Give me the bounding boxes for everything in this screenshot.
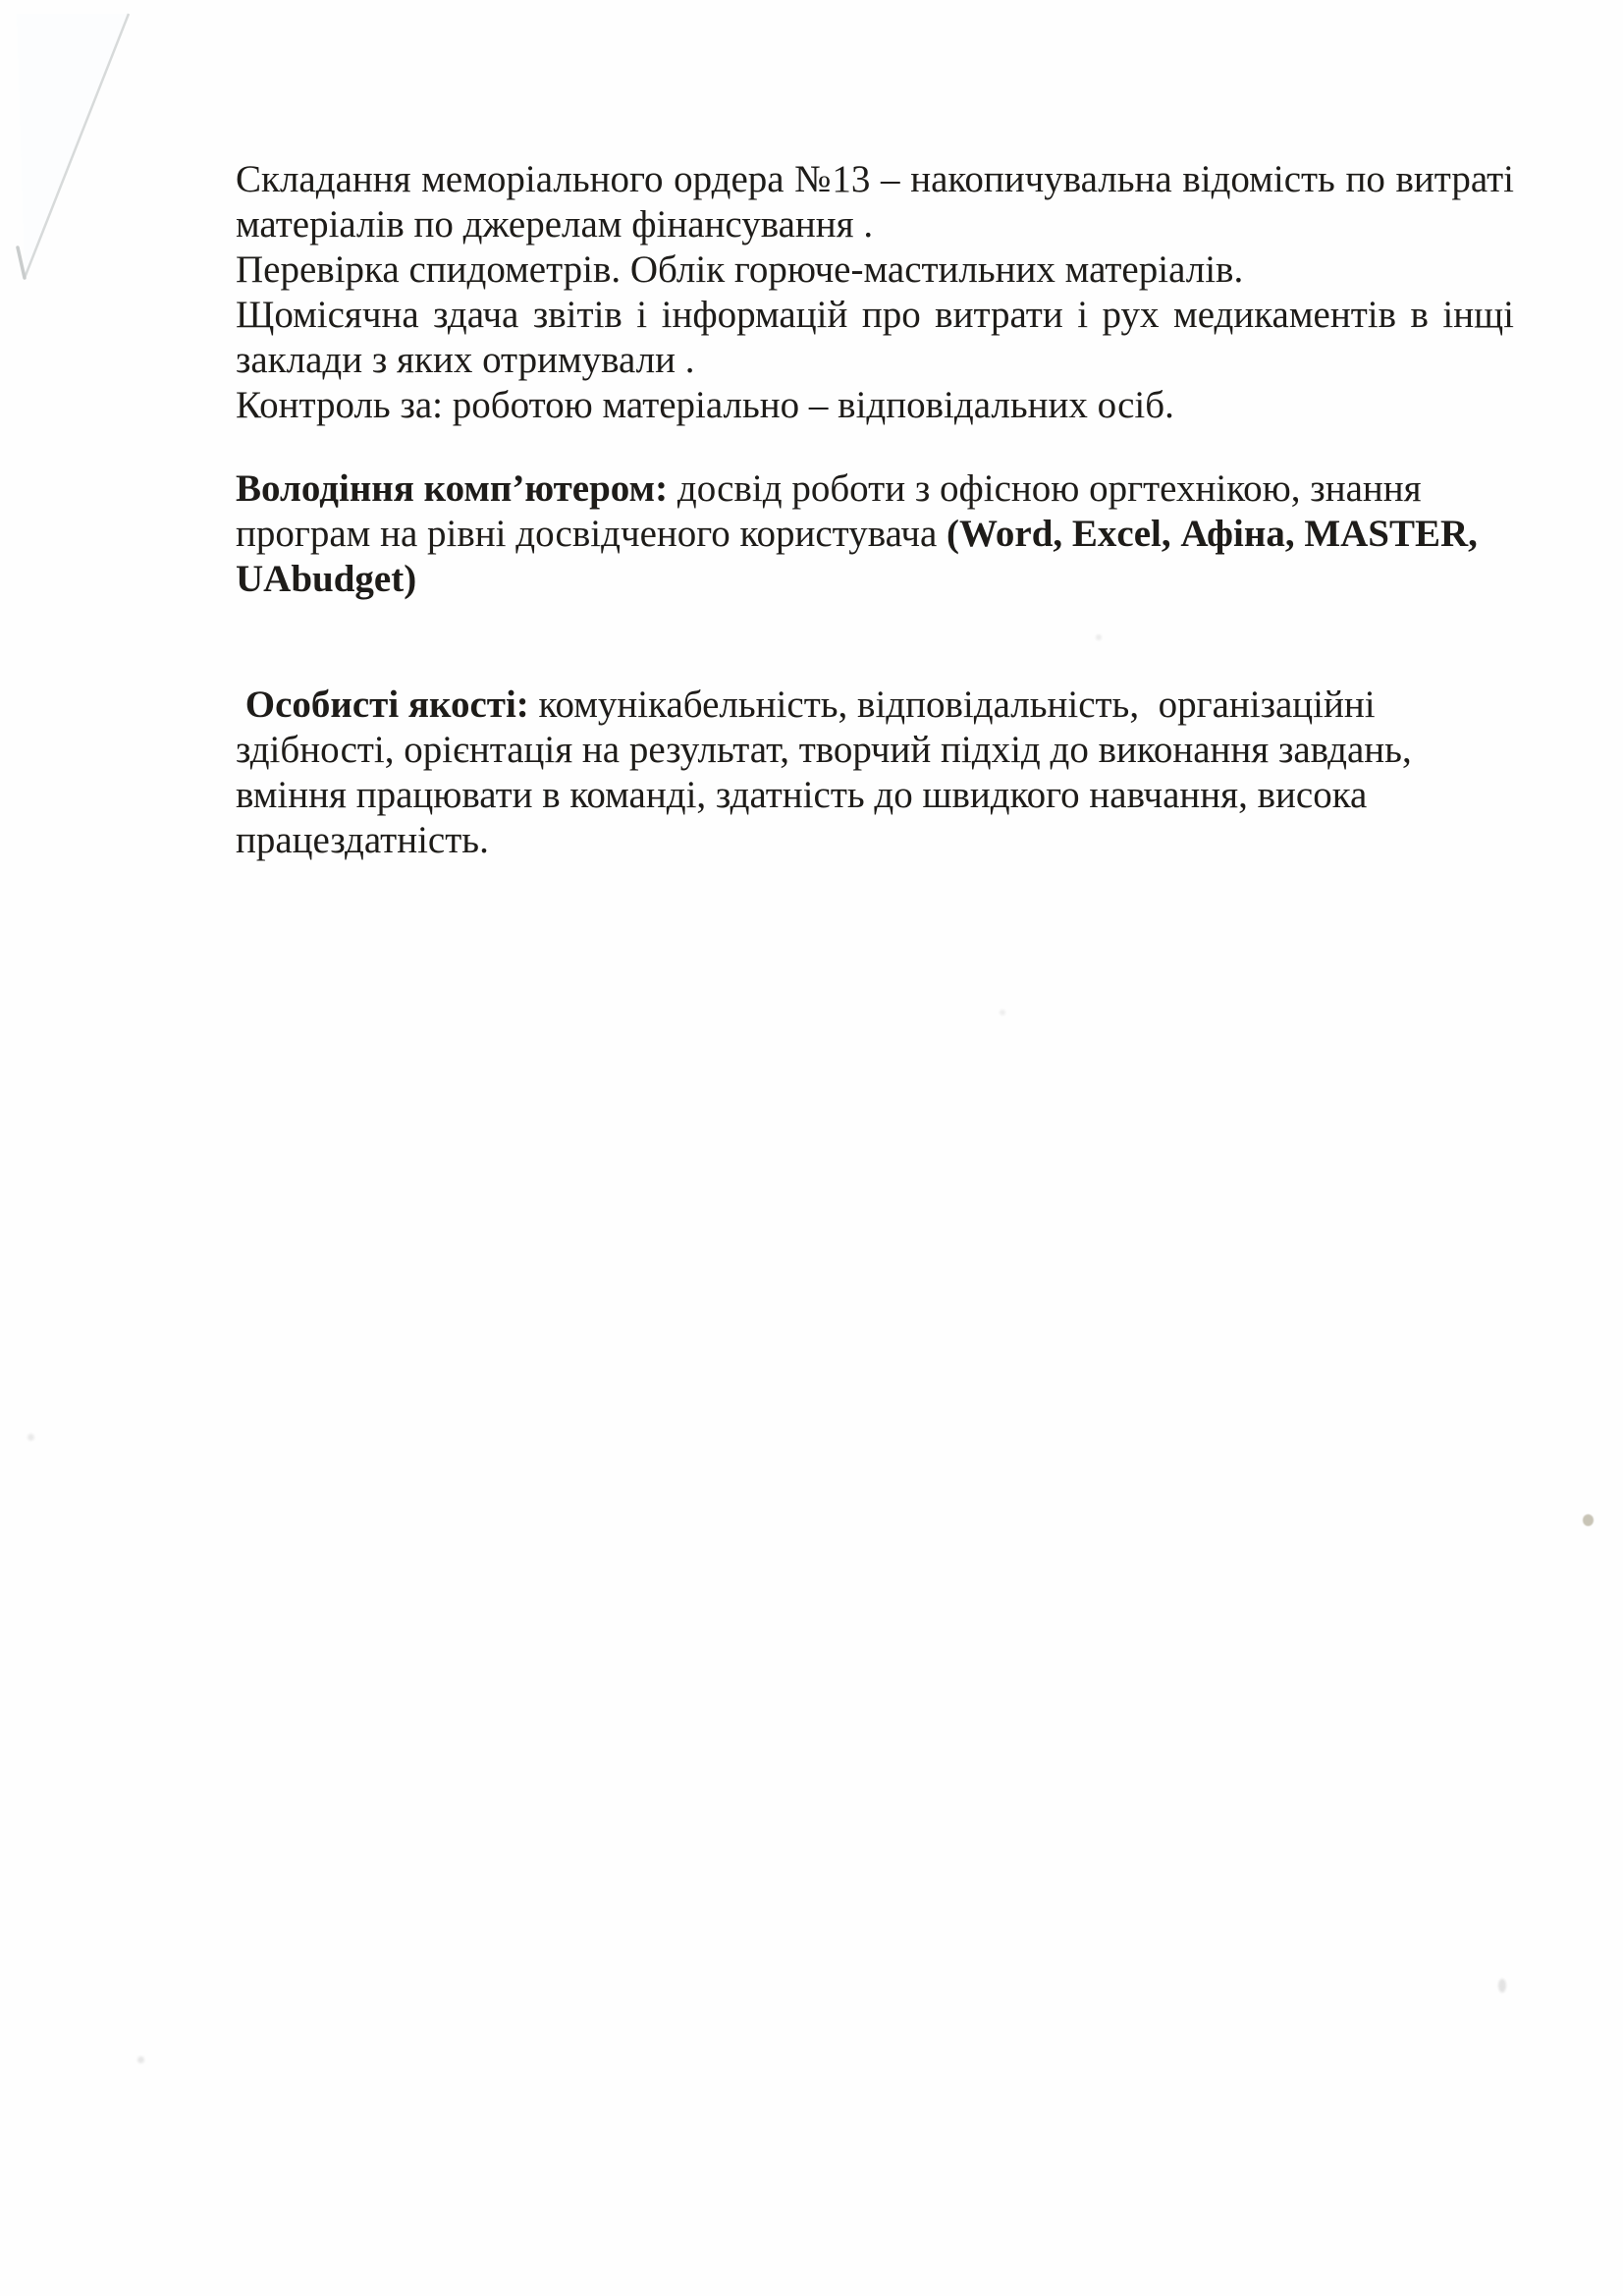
text-line: Особисті якості: комунікабельність, відп…	[236, 683, 1514, 728]
text-line: Щомісячна здача звітів і інформацій про …	[236, 293, 1514, 338]
scan-speck	[27, 1434, 34, 1441]
text-segment: Перевірка спидометрів. Облік горюче-маст…	[236, 248, 1243, 291]
text-line: Володіння комп’ютером: досвід роботи з о…	[236, 466, 1514, 512]
scanned-page: Складання меморіального ордера №13 – нак…	[0, 0, 1623, 2296]
text-line: здібності, орієнтація на результат, твор…	[236, 728, 1514, 773]
text-line: заклади з яких отримували .	[236, 338, 1514, 383]
text-segment: Складання меморіального ордера №13 – нак…	[236, 158, 1514, 200]
text-segment: здібності, орієнтація на результат, твор…	[236, 729, 1412, 771]
text-segment: програм на рівні досвідченого користувач…	[236, 513, 947, 555]
scan-speck	[1583, 1514, 1594, 1526]
text-line: працездатність.	[236, 818, 1514, 863]
scan-speck	[137, 2056, 144, 2063]
text-line: Контроль за: роботою матеріально – відпо…	[236, 383, 1514, 428]
page-fold-corner	[0, 0, 216, 314]
text-segment: вміння працювати в команді, здатність до…	[236, 774, 1367, 816]
scan-speck	[1096, 634, 1102, 640]
bold-text-segment: Особисті якості:	[236, 683, 529, 726]
section-computer-skills: Володіння комп’ютером: досвід роботи з о…	[236, 466, 1514, 602]
scan-speck	[1498, 1979, 1506, 1993]
text-line: матеріалів по джерелам фінансування .	[236, 202, 1514, 247]
text-line: вміння працювати в команді, здатність до…	[236, 773, 1514, 818]
text-line: Перевірка спидометрів. Облік горюче-маст…	[236, 247, 1514, 293]
text-segment: досвід роботи з офісною оргтехнікою, зна…	[668, 467, 1421, 510]
text-line: Складання меморіального ордера №13 – нак…	[236, 157, 1514, 202]
bold-text-segment: (Word, Excel, Афіна, MASTER,	[947, 513, 1478, 555]
text-line: програм на рівні досвідченого користувач…	[236, 512, 1514, 557]
document-text: Складання меморіального ордера №13 – нак…	[236, 157, 1514, 863]
text-segment: Контроль за: роботою матеріально – відпо…	[236, 384, 1174, 426]
text-segment: комунікабельність, відповідальність, орг…	[529, 683, 1376, 726]
section-personal-qualities: Особисті якості: комунікабельність, відп…	[236, 683, 1514, 863]
text-segment: заклади з яких отримували .	[236, 339, 695, 381]
bold-text-segment: UAbudget)	[236, 558, 416, 600]
text-segment: Щомісячна здача звітів і інформацій про …	[236, 294, 1514, 336]
bold-text-segment: Володіння комп’ютером:	[236, 467, 668, 510]
text-segment: матеріалів по джерелам фінансування .	[236, 203, 873, 246]
section-duties: Складання меморіального ордера №13 – нак…	[236, 157, 1514, 428]
text-segment: працездатність.	[236, 819, 489, 861]
scan-speck	[1000, 1010, 1005, 1015]
text-line: UAbudget)	[236, 557, 1514, 602]
